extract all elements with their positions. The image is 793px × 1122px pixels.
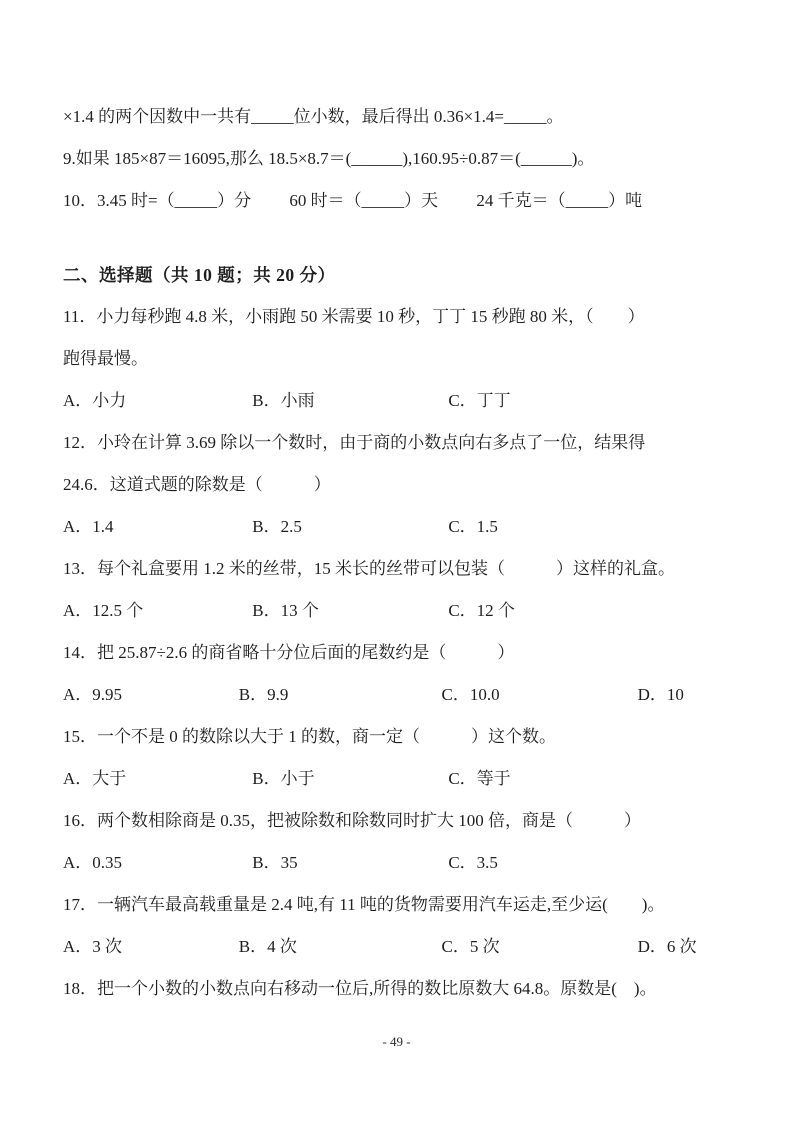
question-14-options-row: A．9.95 B．9.9 C．10.0 D．10 bbox=[63, 674, 739, 716]
exam-content: ×1.4 的两个因数中一共有_____位小数，最后得出 0.36×1.4=___… bbox=[63, 96, 739, 1010]
option: B．4 次 bbox=[239, 926, 297, 968]
question-10-text: 10．3.45 时=（_____）分 60 时＝（_____）天 24 千克＝（… bbox=[63, 180, 739, 222]
option: B．小雨 bbox=[252, 380, 314, 422]
option: A．3 次 bbox=[63, 926, 122, 968]
question-17-text: 17．一辆汽车最高载重量是 2.4 吨,有 11 吨的货物需要用汽车运走,至少运… bbox=[63, 884, 739, 926]
option: C．丁丁 bbox=[448, 380, 510, 422]
fill-in-carryover-line: ×1.4 的两个因数中一共有_____位小数，最后得出 0.36×1.4=___… bbox=[63, 96, 739, 138]
option: A．小力 bbox=[63, 380, 126, 422]
question-11-text-line-2: 跑得最慢。 bbox=[63, 338, 739, 380]
option: B．9.9 bbox=[239, 674, 289, 716]
page-number: - 49 - bbox=[0, 1034, 793, 1050]
question-16-options-row: A．0.35 B．35 C．3.5 bbox=[63, 842, 739, 884]
option: B．13 个 bbox=[252, 590, 319, 632]
question-17-options-row: A．3 次 B．4 次 C．5 次 D．6 次 bbox=[63, 926, 739, 968]
option: A．大于 bbox=[63, 758, 126, 800]
question-15-options-row: A．大于 B．小于 C．等于 bbox=[63, 758, 739, 800]
question-18-text: 18．把一个小数的小数点向右移动一位后,所得的数比原数大 64.8。原数是( )… bbox=[63, 968, 739, 1010]
question-15-text: 15．一个不是 0 的数除以大于 1 的数，商一定（ ）这个数。 bbox=[63, 716, 739, 758]
exam-document-page: ×1.4 的两个因数中一共有_____位小数，最后得出 0.36×1.4=___… bbox=[0, 0, 793, 1122]
option: B．2.5 bbox=[252, 506, 302, 548]
option: B．小于 bbox=[252, 758, 314, 800]
option: C．5 次 bbox=[442, 926, 500, 968]
option: D．6 次 bbox=[638, 926, 697, 968]
option: A．1.4 bbox=[63, 506, 114, 548]
section-2-heading: 二、选择题（共 10 题；共 20 分） bbox=[63, 254, 739, 296]
question-16-text: 16．两个数相除商是 0.35，把被除数和除数同时扩大 100 倍，商是（ ） bbox=[63, 800, 739, 842]
question-12-options-row: A．1.4 B．2.5 C．1.5 bbox=[63, 506, 739, 548]
question-13-options-row: A．12.5 个 B．13 个 C．12 个 bbox=[63, 590, 739, 632]
option: C．12 个 bbox=[448, 590, 515, 632]
option: B．35 bbox=[252, 842, 297, 884]
option: A．0.35 bbox=[63, 842, 122, 884]
option: A．9.95 bbox=[63, 674, 122, 716]
question-12-text-line-2: 24.6．这道式题的除数是（ ） bbox=[63, 464, 739, 506]
question-11-text-line-1: 11．小力每秒跑 4.8 米，小雨跑 50 米需要 10 秒，丁丁 15 秒跑 … bbox=[63, 296, 739, 338]
option: C．等于 bbox=[448, 758, 510, 800]
option: C．10.0 bbox=[442, 674, 500, 716]
option: A．12.5 个 bbox=[63, 590, 143, 632]
question-11-options-row: A．小力 B．小雨 C．丁丁 bbox=[63, 380, 739, 422]
question-12-text-line-1: 12．小玲在计算 3.69 除以一个数时，由于商的小数点向右多点了一位，结果得 bbox=[63, 422, 739, 464]
option: D．10 bbox=[638, 674, 684, 716]
question-14-text: 14．把 25.87÷2.6 的商省略十分位后面的尾数约是（ ） bbox=[63, 632, 739, 674]
option: C．1.5 bbox=[448, 506, 498, 548]
question-9-text: 9.如果 185×87＝16095,那么 18.5×8.7＝(______),1… bbox=[63, 138, 739, 180]
option: C．3.5 bbox=[448, 842, 498, 884]
question-13-text: 13．每个礼盒要用 1.2 米的丝带，15 米长的丝带可以包装（ ）这样的礼盒。 bbox=[63, 548, 739, 590]
